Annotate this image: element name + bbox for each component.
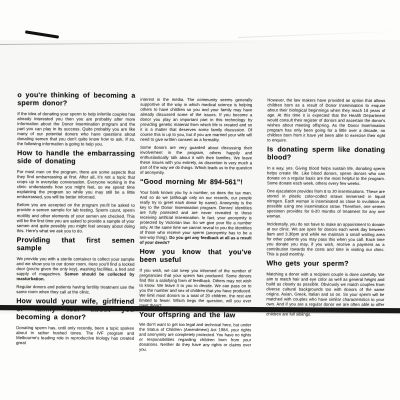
heading-been-useful: How you know that you've been useful	[140, 248, 252, 265]
paragraph-text: Your bank knows you by a number, so does…	[140, 189, 252, 239]
body-paragraph: For most men on the program, there are s…	[17, 169, 135, 200]
paragraph-text: If the idea of donating your sperm to he…	[17, 111, 135, 147]
page-top-edge-line-right	[238, 31, 400, 38]
paragraph-text: If you wish, we can keep you informed of…	[139, 267, 251, 307]
body-paragraph: If you wish, we can keep you informed of…	[139, 267, 251, 308]
paragraph-text: Before you are accepted on the program y…	[17, 203, 135, 234]
brochure-page-content: o you're thinking of becoming a sperm do…	[0, 40, 400, 316]
body-paragraph: We provide you with a sterile container …	[16, 256, 134, 282]
body-paragraph: In a way, yes. Giving blood helps sustai…	[267, 165, 385, 186]
paragraph-text: One ejaculation provides from 8 to 20 in…	[267, 188, 385, 218]
body-paragraph: Incidentally, you do not have to make an…	[267, 221, 385, 257]
paragraph-text: Some donors are very guarded about discu…	[140, 145, 252, 175]
body-paragraph: If the idea of donating your sperm to he…	[17, 111, 135, 147]
paragraph-text: Incidentally, you do not have to make an…	[267, 221, 385, 256]
body-paragraph: Regular donors and patients having ferti…	[16, 284, 134, 295]
paragraph-text: In a way, yes. Giving blood helps sustai…	[267, 165, 385, 185]
heading-offspring-law: Your offspring and the law	[139, 311, 251, 320]
paragraph-text: Donating sperm has, until only recently,…	[16, 325, 134, 345]
scan-corner-mark	[25, 30, 59, 38]
heading-good-morning-number: “Good morning Mr 894-561”!	[140, 179, 252, 188]
paragraph-text: For most men on the program, there are s…	[17, 169, 135, 200]
paragraph-text: However, the law makers have provided an…	[267, 97, 385, 142]
page-title: o you're thinking of becoming a sperm do…	[17, 92, 135, 109]
paragraph-text: We don't want to get too legal and techn…	[139, 322, 251, 352]
body-paragraph: Some donors are very guarded about discu…	[140, 145, 252, 176]
scanned-brochure: o you're thinking of becoming a sperm do…	[0, 0, 400, 400]
column-right: However, the law makers have provided an…	[266, 97, 385, 319]
heading-who-gets-sperm: Who gets your sperm?	[267, 260, 385, 269]
brochure-page: o you're thinking of becoming a sperm do…	[0, 40, 400, 314]
paragraph-text: interest in the media. The community see…	[140, 97, 252, 142]
body-paragraph: However, the law makers have provided an…	[267, 97, 385, 143]
column-middle: interest in the media. The community see…	[139, 97, 252, 356]
heading-first-semen-sample: Providing that first semen sample	[17, 237, 135, 254]
body-paragraph: Your bank knows you by a number, so does…	[140, 189, 252, 245]
body-paragraph: We don't want to get too legal and techn…	[139, 322, 251, 353]
body-paragraph: Before you are accepted on the program y…	[17, 203, 135, 234]
body-paragraph: interest in the media. The community see…	[140, 97, 252, 143]
paragraph-text: Regular donors and patients having ferti…	[16, 284, 134, 294]
heading-like-donating-blood: Is donating sperm like donating blood?	[267, 146, 385, 163]
body-paragraph: One ejaculation provides from 8 to 20 in…	[267, 188, 385, 219]
body-paragraph: Donating sperm has, until only recently,…	[16, 325, 134, 346]
heading-embarrassing-side: How to handle the embarrassing side of d…	[17, 150, 135, 167]
